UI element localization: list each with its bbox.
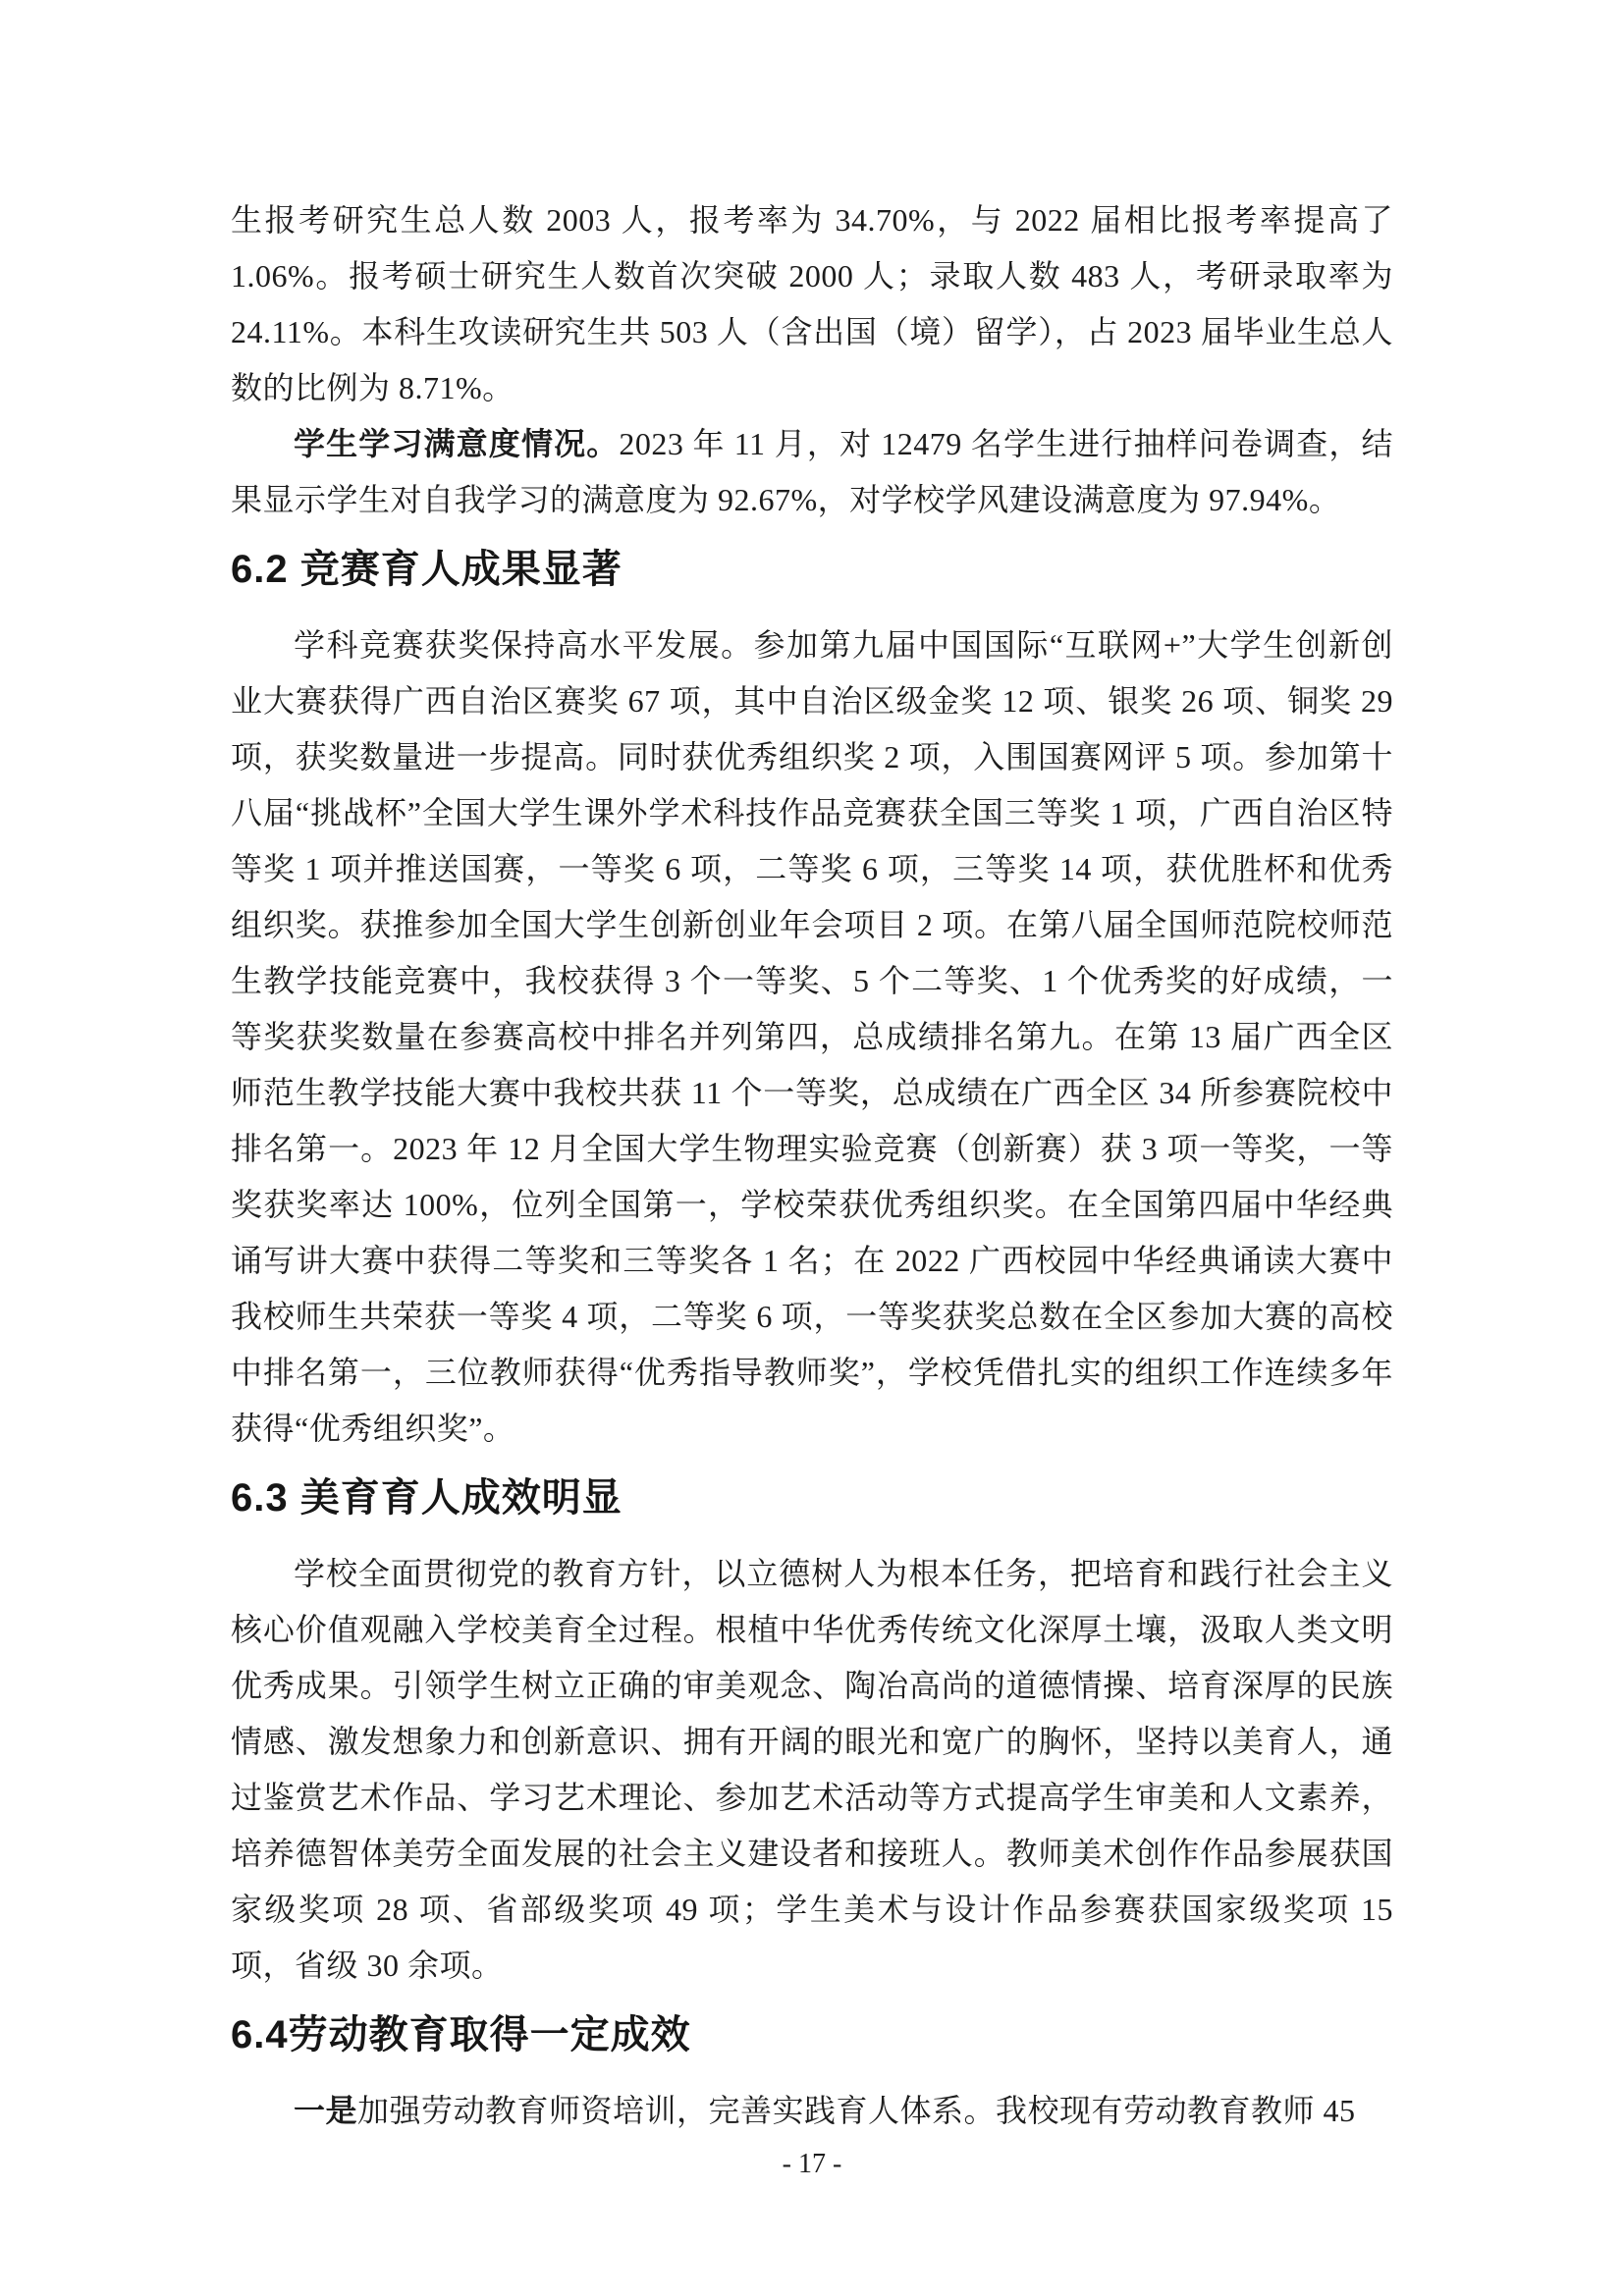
- document-page: 生报考研究生总人数 2003 人，报考率为 34.70%，与 2022 届相比报…: [0, 0, 1624, 2296]
- paragraph-labor-education: 一是加强劳动教育师资培训，完善实践育人体系。我校现有劳动教育教师 45: [231, 2083, 1393, 2139]
- heading-section-6-3: 6.3 美育育人成效明显: [231, 1470, 1393, 1526]
- paragraph-study-satisfaction: 学生学习满意度情况。2023 年 11 月，对 12479 名学生进行抽样问卷调…: [231, 416, 1393, 528]
- heading-section-6-4: 6.4劳动教育取得一定成效: [231, 2007, 1393, 2063]
- labor-education-text: 加强劳动教育师资培训，完善实践育人体系。我校现有劳动教育教师 45: [357, 2093, 1356, 2128]
- page-number: - 17 -: [0, 2151, 1624, 2178]
- paragraph-aesthetic-education: 学校全面贯彻党的教育方针，以立德树人为根本任务，把培育和践行社会主义核心价值观融…: [231, 1546, 1393, 1994]
- study-satisfaction-lead-label: 学生学习满意度情况。: [294, 426, 619, 461]
- paragraph-graduate-exam-stats: 生报考研究生总人数 2003 人，报考率为 34.70%，与 2022 届相比报…: [231, 192, 1393, 416]
- paragraph-competition-achievements: 学科竞赛获奖保持高水平发展。参加第九届中国国际“互联网+”大学生创新创业大赛获得…: [231, 617, 1393, 1457]
- heading-section-6-2: 6.2 竞赛育人成果显著: [231, 542, 1393, 598]
- labor-education-lead-label: 一是: [294, 2093, 357, 2128]
